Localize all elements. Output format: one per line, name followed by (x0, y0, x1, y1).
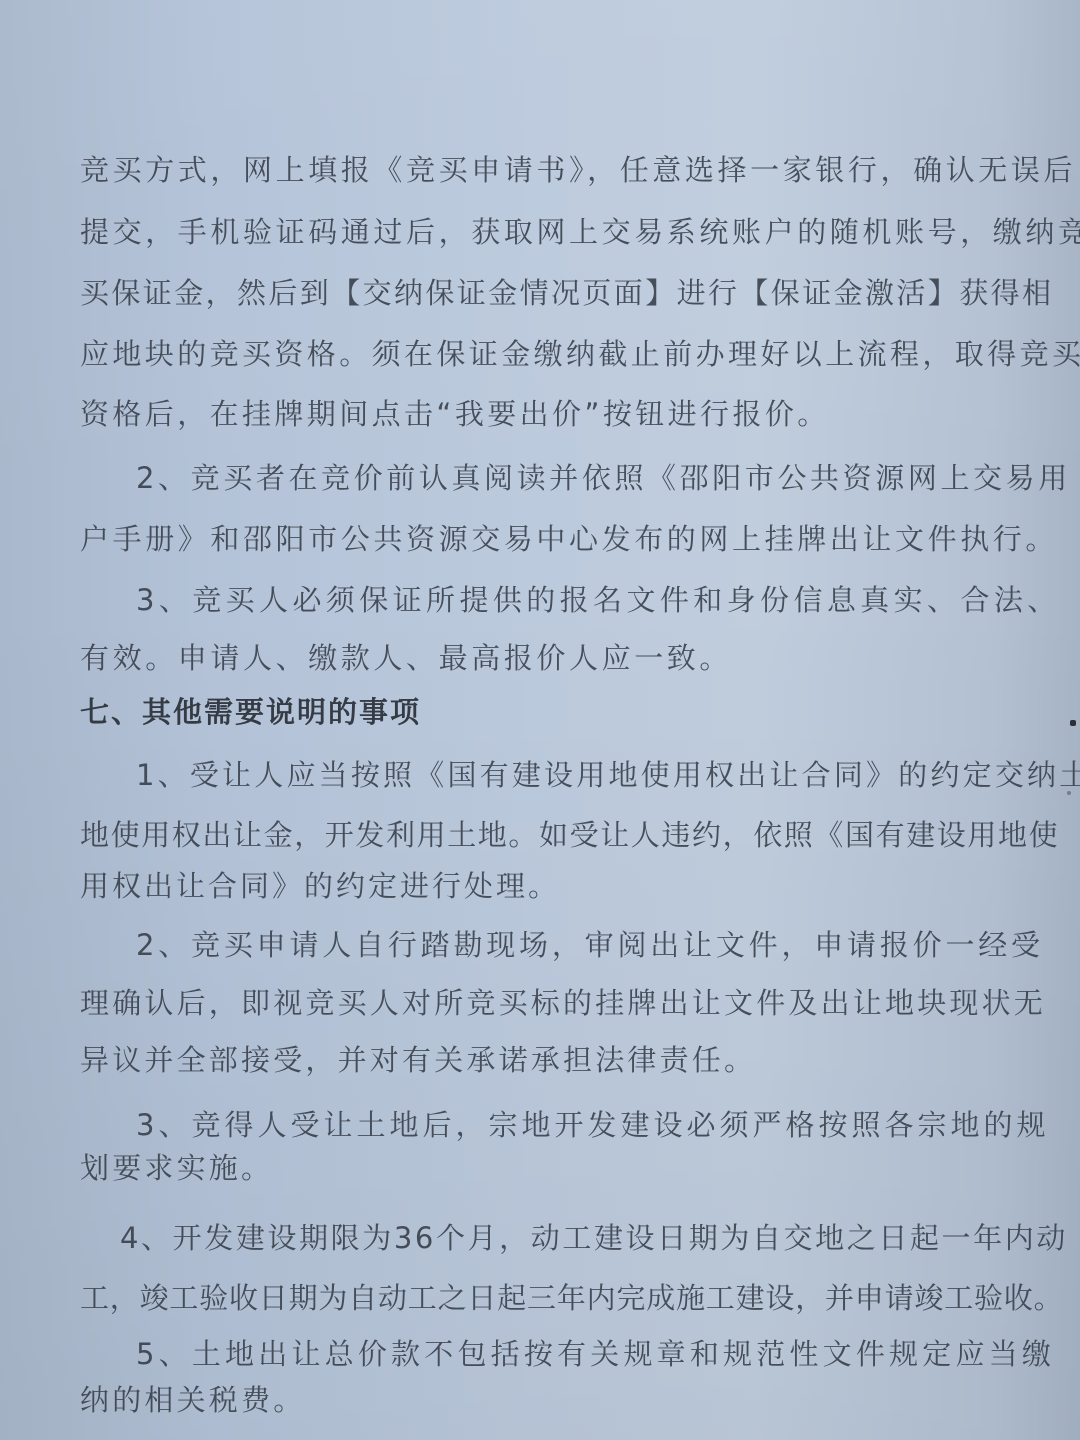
section-item-4-line-1: 4、开发建设期限为36个月，动工建设日期为自交地之日起一年内动 (120, 1218, 1068, 1258)
section-heading: 七、其他需要说明的事项 (80, 692, 421, 732)
section-item-2-line-1: 2、竞买申请人自行踏勘现场，审阅出让文件，申请报价一经受 (136, 925, 1044, 965)
section-item-5-line-2: 纳的相关税费。 (80, 1380, 305, 1420)
section-item-2-line-3: 异议并全部接受，并对有关承诺承担法律责任。 (80, 1040, 756, 1080)
paragraph-line: 应地块的竞买资格。须在保证金缴纳截止前办理好以上流程，取得竞买 (80, 334, 1080, 374)
section-item-5-line-1: 5、土地出让总价款不包括按有关规章和规范性文件规定应当缴 (136, 1334, 1055, 1374)
paragraph-line: 资格后，在挂牌期间点击“我要出价”按钮进行报价。 (80, 394, 830, 434)
list-item-2-line-2: 户手册》和邵阳市公共资源交易中心发布的网上挂牌出让文件执行。 (80, 519, 1058, 559)
paragraph-line: 买保证金，然后到【交纳保证金情况页面】进行【保证金激活】获得相 (80, 273, 1053, 313)
section-item-1-line-2: 地使用权出让金，开发利用土地。如受让人违约，依照《国有建设用地使 (80, 815, 1059, 855)
paragraph-line: 提交，手机验证码通过后，获取网上交易系统账户的随机账号，缴纳竞 (80, 212, 1080, 252)
section-item-1-line-1: 1、受让人应当按照《国有建设用地使用权出让合同》的约定交纳土 (136, 755, 1080, 795)
list-item-3-line-2: 有效。申请人、缴款人、最高报价人应一致。 (80, 638, 732, 678)
document-page: 竞买方式，网上填报《竞买申请书》，任意选择一家银行，确认无误后 提交，手机验证码… (0, 0, 1080, 1440)
section-item-3-line-1: 3、竞得人受让土地后，宗地开发建设必须严格按照各宗地的规 (136, 1105, 1049, 1145)
section-item-3-line-2: 划要求实施。 (80, 1148, 273, 1188)
list-item-3-line-1: 3、竞买人必须保证所提供的报名文件和身份信息真实、合法、 (136, 580, 1061, 620)
paragraph-line: 竞买方式，网上填报《竞买申请书》，任意选择一家银行，确认无误后 (80, 150, 1076, 190)
section-item-4-line-2: 工，竣工验收日期为自动工之日起三年内完成施工建设，并申请竣工验收。 (80, 1278, 1063, 1318)
paper-blemish (1067, 791, 1071, 795)
paper-blemish (1070, 720, 1076, 726)
list-item-2-line-1: 2、竞买者在竞价前认真阅读并依照《邵阳市公共资源网上交易用 (136, 458, 1071, 498)
section-item-2-line-2: 理确认后，即视竞买人对所竞买标的挂牌出让文件及出让地块现状无 (80, 983, 1046, 1023)
section-item-1-line-3: 用权出让合同》的约定进行处理。 (80, 866, 560, 906)
